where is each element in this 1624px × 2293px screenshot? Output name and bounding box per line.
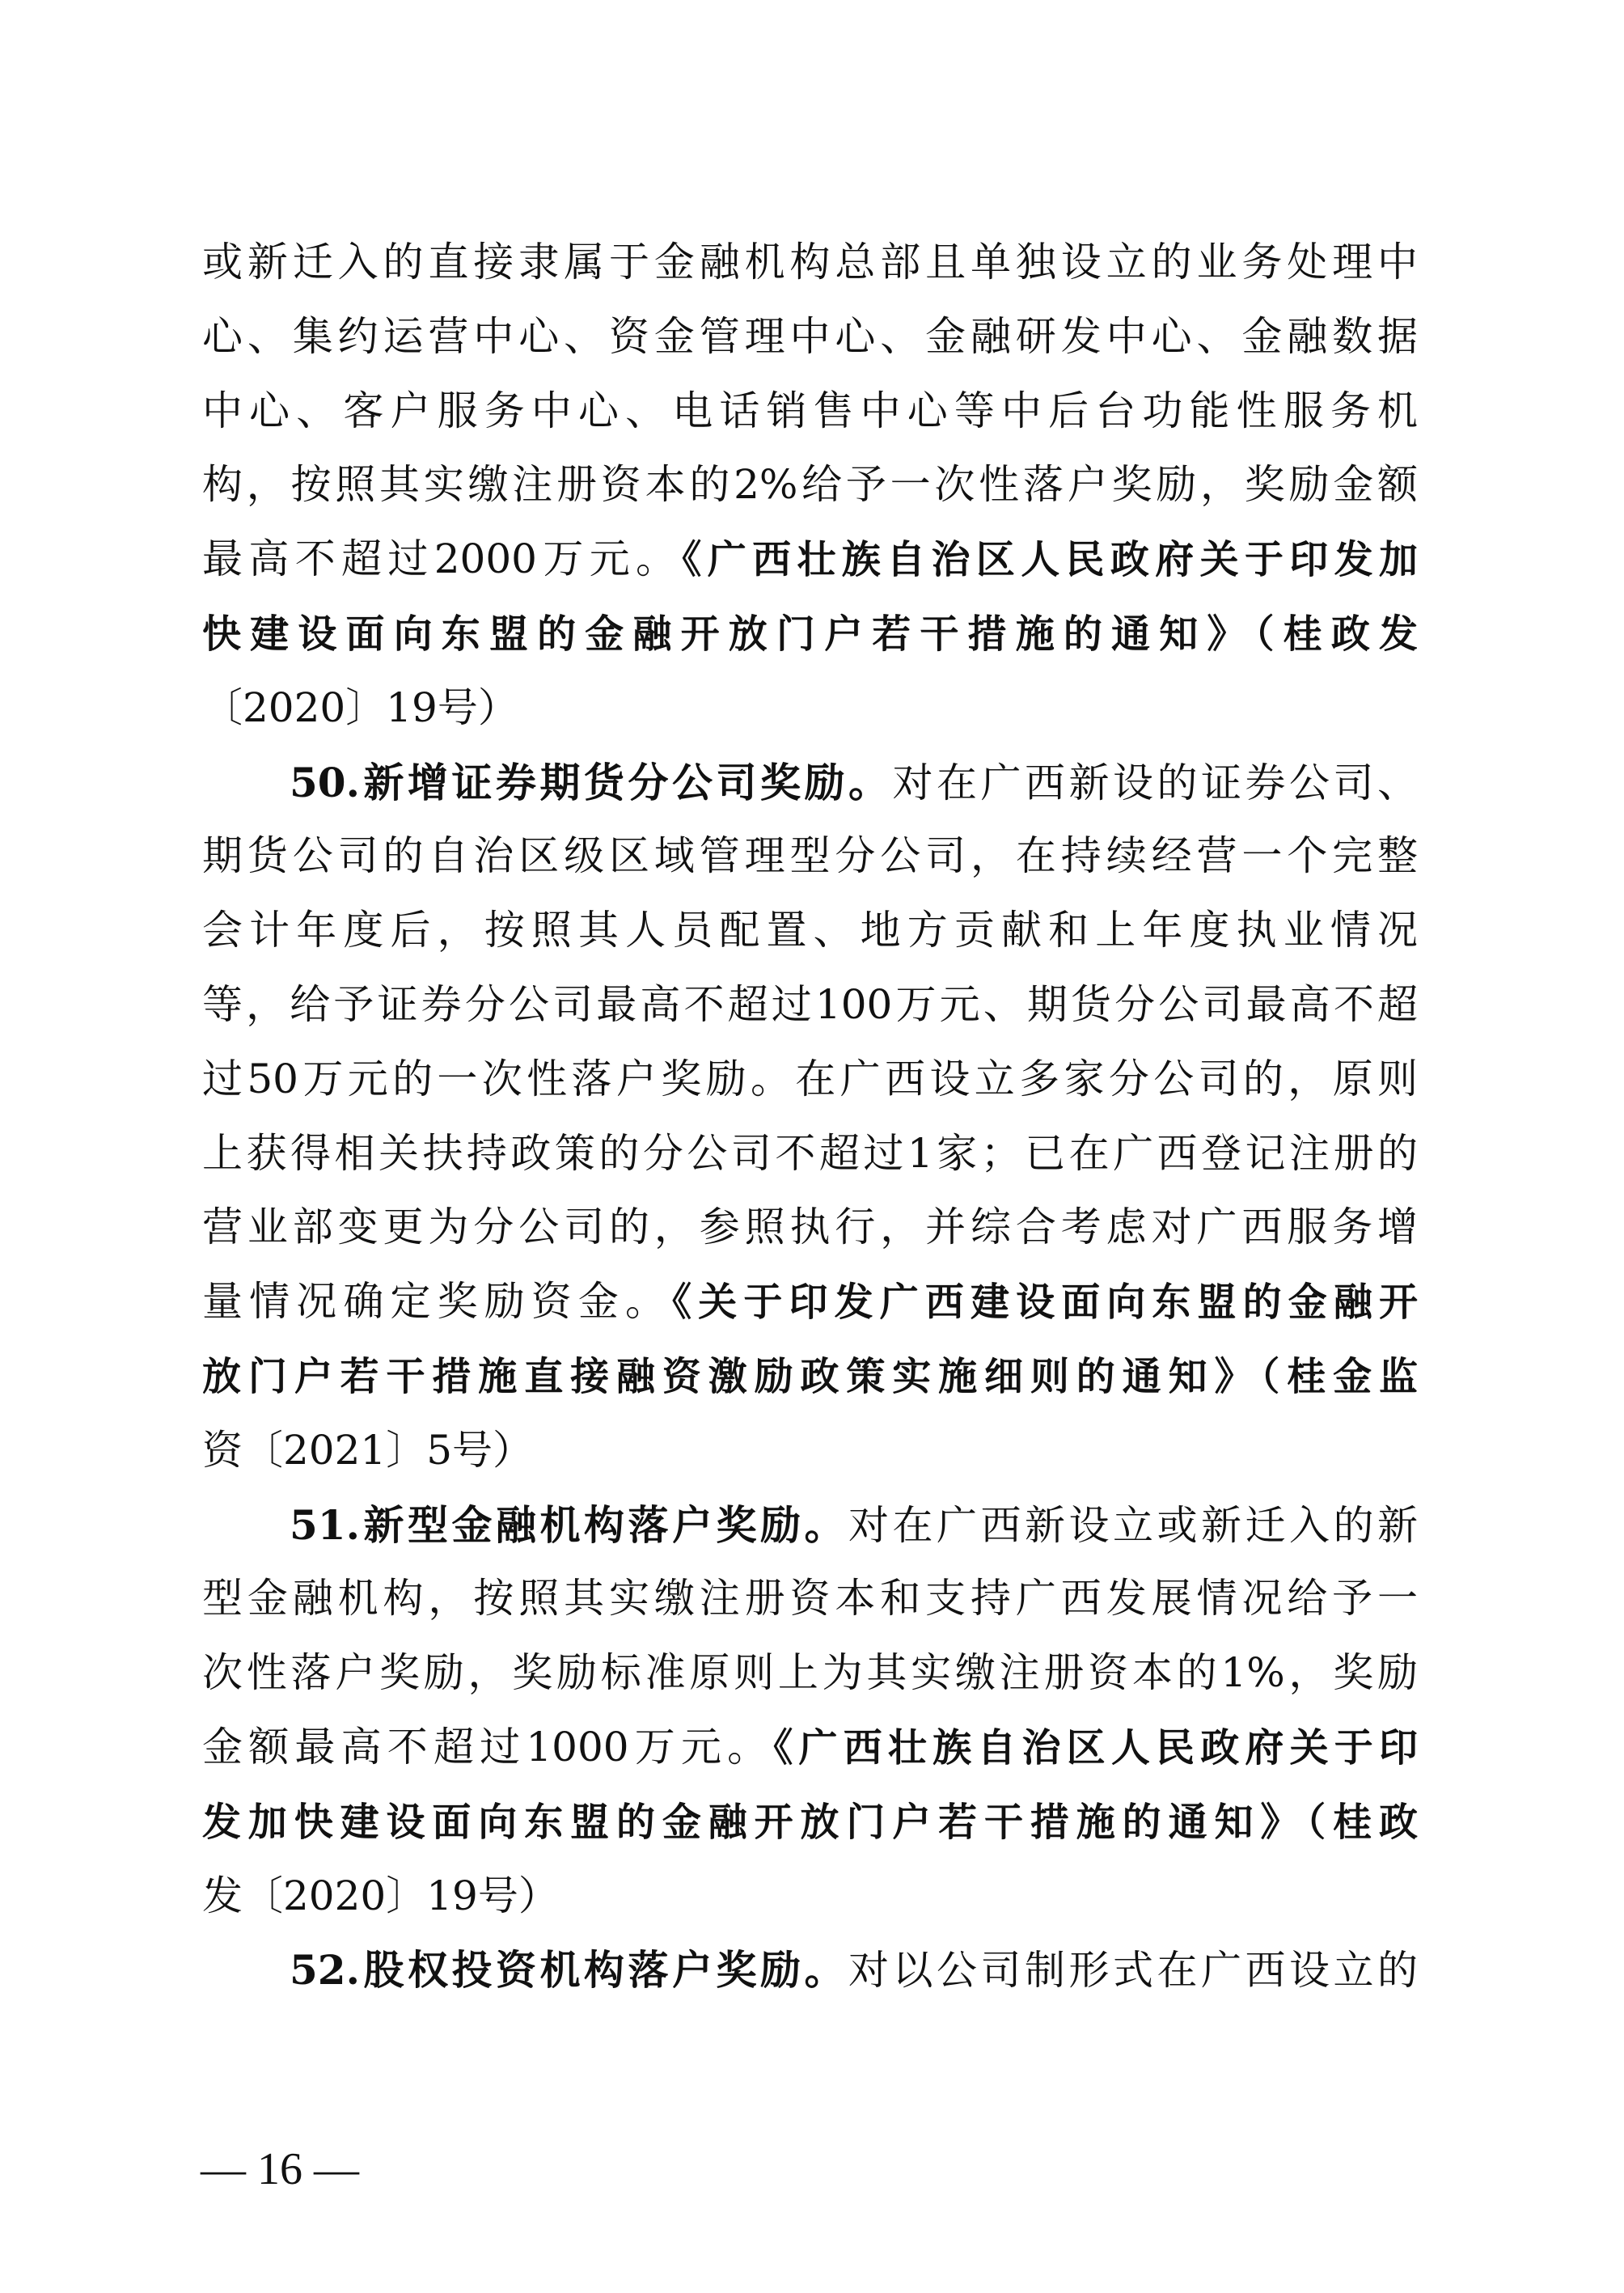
section-50-heading-line: 50.新增证券期货分公司奖励。对在广西新设的证券公司、 [202, 746, 1418, 820]
text-line: 中心、客户服务中心、电话销售中心等中后台功能性服务机 [202, 374, 1418, 449]
citation: 快建设面向东盟的金融开放门户若干措施的通知》（桂政发 [202, 611, 1418, 657]
text-line: 快建设面向东盟的金融开放门户若干措施的通知》（桂政发 [202, 597, 1418, 671]
text-line: 放门户若干措施直接融资激励政策实施细则的通知》（桂金监 [202, 1339, 1418, 1414]
text-line: 期货公司的自治区级区域管理型分公司，在持续经营一个完整 [202, 819, 1418, 894]
citation: 发加快建设面向东盟的金融开放门户若干措施的通知》（桂政 [202, 1800, 1418, 1845]
text-line: 〔2020〕19号） [202, 671, 1418, 746]
citation: 放门户若干措施直接融资激励政策实施细则的通知》（桂金监 [202, 1354, 1418, 1399]
text-line: 营业部变更为分公司的，参照执行，并综合考虑对广西服务增 [202, 1191, 1418, 1265]
page-number: — 16 — [201, 2143, 359, 2195]
citation: 《关于印发广西建设面向东盟的金融开 [672, 1280, 1418, 1325]
document-page: 或新迁入的直接隶属于金融机构总部且单独设立的业务处理中 心、集约运营中心、资金管… [0, 0, 1624, 2293]
text-line: 等，给予证券分公司最高不超过100万元、期货分公司最高不超 [202, 968, 1418, 1043]
text-line: 会计年度后，按照其人员配置、地方贡献和上年度执业情况 [202, 894, 1418, 968]
text-line: 最高不超过2000万元。《广西壮族自治区人民政府关于印发加 [202, 522, 1418, 597]
text-line: 金额最高不超过1000万元。《广西壮族自治区人民政府关于印 [202, 1711, 1418, 1785]
text-line: 心、集约运营中心、资金管理中心、金融研发中心、金融数据 [202, 300, 1418, 374]
section-title: 50.新增证券期货分公司奖励。 [290, 759, 893, 806]
text-line: 过50万元的一次性落户奖励。在广西设立多家分公司的，原则 [202, 1043, 1418, 1117]
text-line: 发加快建设面向东盟的金融开放门户若干措施的通知》（桂政 [202, 1785, 1418, 1859]
section-51-heading-line: 51.新型金融机构落户奖励。对在广西新设立或新迁入的新 [202, 1488, 1418, 1563]
document-body: 或新迁入的直接隶属于金融机构总部且单独设立的业务处理中 心、集约运营中心、资金管… [202, 226, 1418, 2007]
text-line: 次性落户奖励，奖励标准原则上为其实缴注册资本的1%，奖励 [202, 1636, 1418, 1711]
text-line: 量情况确定奖励资金。《关于印发广西建设面向东盟的金融开 [202, 1265, 1418, 1339]
text-line: 或新迁入的直接隶属于金融机构总部且单独设立的业务处理中 [202, 226, 1418, 300]
section-52-heading-line: 52.股权投资机构落户奖励。对以公司制形式在广西设立的 [202, 1933, 1418, 2007]
citation: 《广西壮族自治区人民政府关于印发加 [682, 537, 1418, 582]
citation: 《广西壮族自治区人民政府关于印 [773, 1725, 1418, 1771]
text-line: 发〔2020〕19号） [202, 1859, 1418, 1934]
text-line: 上获得相关扶持政策的分公司不超过1家；已在广西登记注册的 [202, 1117, 1418, 1191]
text-line: 构，按照其实缴注册资本的2%给予一次性落户奖励，奖励金额 [202, 448, 1418, 522]
section-title: 52.股权投资机构落户奖励。 [290, 1946, 848, 1994]
section-title: 51.新型金融机构落户奖励。 [290, 1501, 848, 1549]
text-line: 资〔2021〕5号） [202, 1414, 1418, 1488]
text-line: 型金融机构，按照其实缴注册资本和支持广西发展情况给予一 [202, 1562, 1418, 1636]
